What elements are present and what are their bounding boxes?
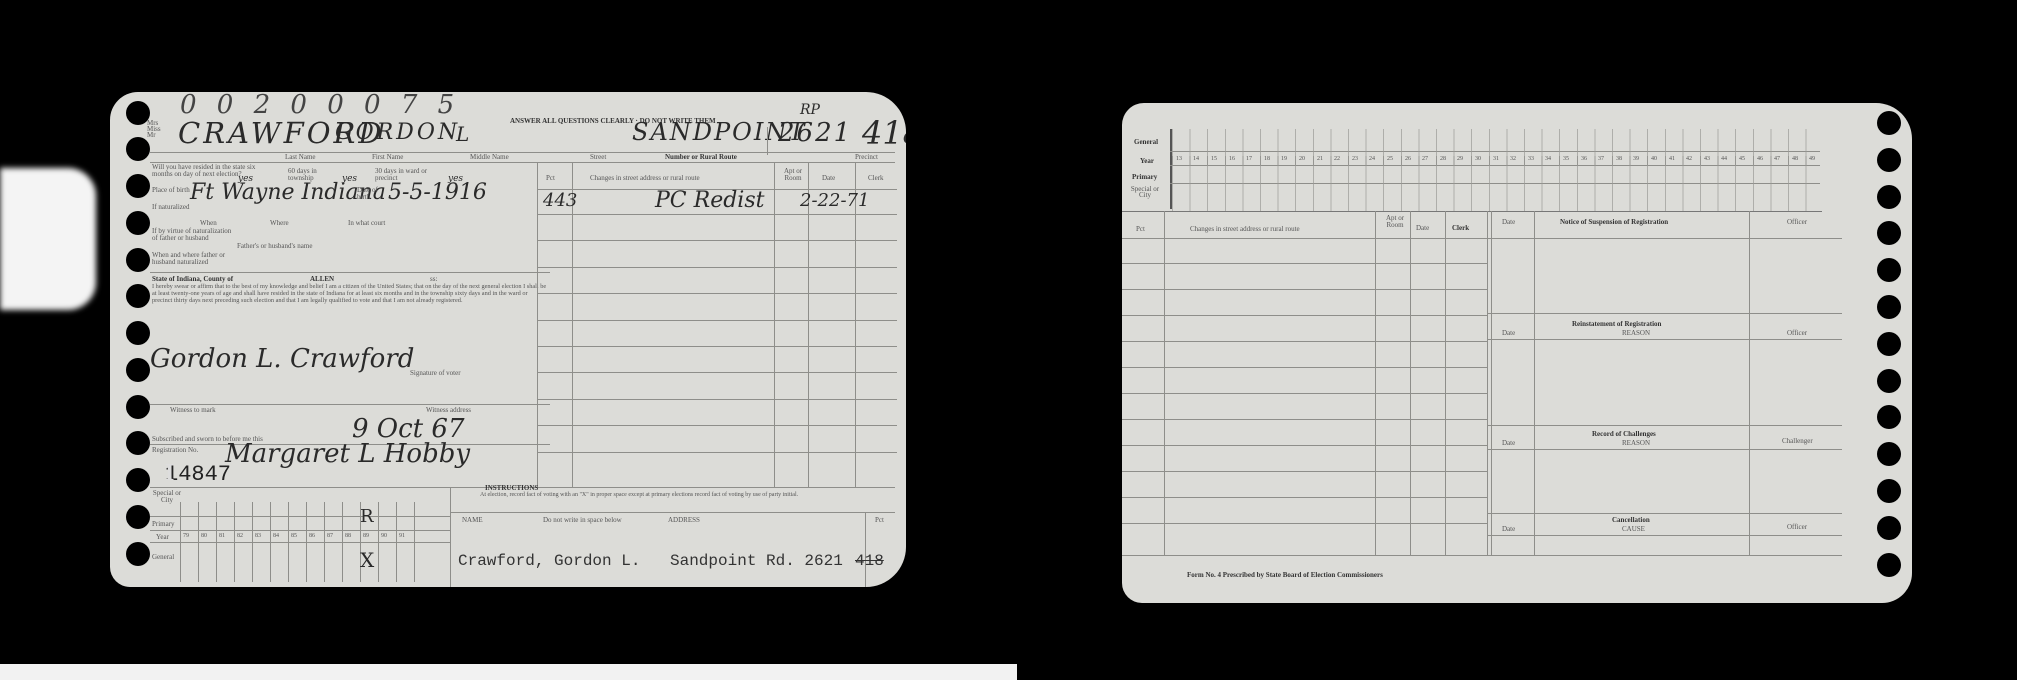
county-value: ALLEN xyxy=(310,275,334,283)
officer-signature: Margaret L Hobby xyxy=(225,439,470,469)
punch-hole-icon xyxy=(126,137,150,161)
suspension-title: Notice of Suspension of Registration xyxy=(1560,218,1668,226)
form-footer: Form No. 4 Prescribed by State Board of … xyxy=(1187,571,1383,579)
addr-row-pct: 443 xyxy=(543,190,577,211)
punch-hole-icon xyxy=(126,542,150,566)
vote-label-year: Year xyxy=(156,533,169,541)
punch-hole-icon xyxy=(126,395,150,419)
ss-label: ss: xyxy=(430,275,437,283)
grid-label-general: General xyxy=(1134,138,1158,146)
signature-label: Signature of voter xyxy=(410,369,461,377)
vote-label-general: General xyxy=(152,553,174,561)
film-edge-strip xyxy=(0,664,1017,680)
instr-no-write-label: Do not write in space below xyxy=(543,516,622,524)
punch-hole-icon xyxy=(126,468,150,492)
date-of-birth-value: 5-5-1916 xyxy=(388,180,487,205)
addr-row-date: 2-22-71 xyxy=(800,190,869,211)
reinstatement-date-label: Date xyxy=(1502,329,1515,337)
parent-name-label: Father's or husband's name xyxy=(237,242,312,250)
punch-hole-icon xyxy=(126,174,150,198)
addr-header-date: Date xyxy=(822,174,835,182)
back-addr-header-pct: Pct xyxy=(1136,225,1145,233)
registration-number: 14847 xyxy=(165,462,231,487)
rp-note: RP xyxy=(800,102,820,118)
parent-naturalization-label: If by virtue of naturalization of father… xyxy=(152,228,232,242)
back-addr-header-clerk: Clerk xyxy=(1452,224,1469,232)
punch-hole-icon xyxy=(1877,553,1901,577)
light-glare xyxy=(0,168,96,310)
punch-hole-icon xyxy=(126,358,150,382)
label-middle-name: Middle Name xyxy=(470,153,509,161)
punch-hole-icon xyxy=(1877,111,1901,135)
punch-hole-icon xyxy=(1877,185,1901,209)
reinstatement-reason-label: REASON xyxy=(1622,329,1650,337)
vote-label-primary: Primary xyxy=(152,520,175,528)
addr-row-address: PC Redist xyxy=(655,188,764,213)
typed-address: Sandpoint Rd. 2621 xyxy=(670,552,843,570)
date-of-birth-label: Date of birth xyxy=(357,187,387,201)
general-vote-mark: X xyxy=(360,548,374,572)
challenges-date-label: Date xyxy=(1502,439,1515,447)
house-number-value: 2621 xyxy=(778,118,852,148)
punch-hole-icon xyxy=(126,505,150,529)
punch-hole-icon xyxy=(1877,332,1901,356)
registration-card-front: 0 0 2 0 0 0 7 5 ANSWER ALL QUESTIONS CLE… xyxy=(110,92,906,587)
naturalized-where-label: Where xyxy=(270,219,289,227)
grid-label-special: Special or City xyxy=(1130,186,1160,198)
back-addr-header-date: Date xyxy=(1416,224,1429,232)
primary-party-mark: R xyxy=(360,506,374,527)
punch-hole-icon xyxy=(1877,221,1901,245)
addr-header-changes: Changes in street address or rural route xyxy=(590,174,700,182)
label-first-name: First Name xyxy=(372,153,403,161)
instr-name-label: NAME xyxy=(462,516,483,524)
grid-label-primary: Primary xyxy=(1132,173,1157,181)
suspension-date-label: Date xyxy=(1502,218,1515,226)
naturalized-court-label: In what court xyxy=(348,219,385,227)
punch-hole-icon xyxy=(1877,516,1901,540)
addr-header-apt: Apt or Room xyxy=(778,168,808,182)
instructions-title: INSTRUCTIONS xyxy=(485,484,538,492)
grid-label-year: Year xyxy=(1140,157,1154,165)
punch-hole-icon xyxy=(126,321,150,345)
first-name-value: GORDON xyxy=(335,120,460,145)
registration-no-label: Registration No. xyxy=(152,446,198,454)
witness-address-label: Witness address xyxy=(426,406,471,414)
cancellation-date-label: Date xyxy=(1502,525,1515,533)
when-where-naturalized-label: When and where father or husband natural… xyxy=(152,252,242,266)
instr-pct-label: Pct xyxy=(875,516,884,524)
challenges-challenger-label: Challenger xyxy=(1782,437,1813,445)
precinct-value: 418 xyxy=(862,114,906,152)
vote-label-special: Special or City xyxy=(152,490,182,504)
typed-name: Crawford, Gordon L. xyxy=(458,552,640,570)
grid-column-lines xyxy=(1172,129,1822,211)
side-letter: I xyxy=(165,460,174,487)
reinstatement-title: Reinstatement of Registration xyxy=(1572,320,1661,328)
registration-card-back: General Year Primary Special or City 13 … xyxy=(1122,103,1912,603)
if-naturalized-label: If naturalized xyxy=(152,204,192,211)
punch-hole-icon xyxy=(1877,479,1901,503)
punch-hole-icon xyxy=(126,431,150,455)
instructions-text: At election, record fact of voting with … xyxy=(480,492,900,499)
punch-hole-icon xyxy=(126,211,150,235)
reinstatement-officer-label: Officer xyxy=(1787,329,1807,337)
back-addr-header-changes: Changes in street address or rural route xyxy=(1190,225,1300,233)
instr-address-label: ADDRESS xyxy=(668,516,700,524)
voter-signature: Gordon L. Crawford xyxy=(150,344,414,374)
addr-header-pct: Pct xyxy=(546,174,555,182)
middle-name-value: L xyxy=(456,122,469,146)
punch-hole-icon xyxy=(1877,405,1901,429)
punch-hole-icon xyxy=(1877,369,1901,393)
cancellation-title: Cancellation xyxy=(1612,516,1650,524)
naturalized-when-label: When xyxy=(200,219,217,227)
state-county-label: State of Indiana, County of xyxy=(152,275,233,283)
typed-pct: 418 xyxy=(855,552,884,570)
punch-hole-icon xyxy=(1877,295,1901,319)
cancellation-officer-label: Officer xyxy=(1787,523,1807,531)
punch-hole-icon xyxy=(1877,258,1901,282)
punch-hole-icon xyxy=(126,284,150,308)
punch-hole-icon xyxy=(1877,442,1901,466)
suspension-officer-label: Officer xyxy=(1787,218,1807,226)
label-number: Number or Rural Route xyxy=(665,153,737,161)
challenges-reason-label: REASON xyxy=(1622,439,1650,447)
challenges-title: Record of Challenges xyxy=(1592,430,1656,438)
label-street: Street xyxy=(590,153,606,161)
back-addr-header-apt: Apt or Room xyxy=(1380,215,1410,229)
punch-hole-icon xyxy=(126,248,150,272)
punch-hole-icon xyxy=(1877,148,1901,172)
oath-text: I hereby swear or affirm that to the bes… xyxy=(152,283,547,304)
addr-header-clerk: Clerk xyxy=(868,174,884,182)
witness-mark-label: Witness to mark xyxy=(170,406,216,414)
label-precinct: Precinct xyxy=(855,153,878,161)
label-last-name: Last Name xyxy=(285,153,316,161)
prefix-labels: Mrs Miss Mr xyxy=(147,120,161,138)
place-of-birth-label: Place of birth xyxy=(152,187,192,194)
cancellation-cause-label: CAUSE xyxy=(1622,525,1645,533)
